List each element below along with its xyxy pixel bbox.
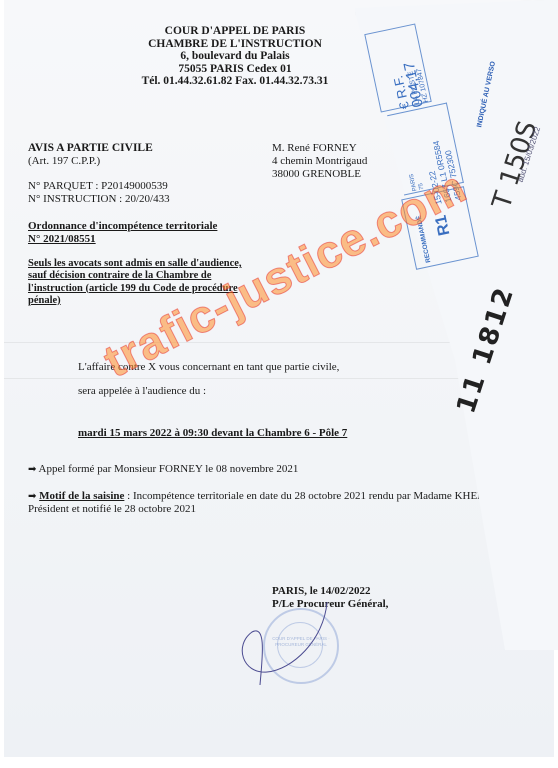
hearing-date: mardi 15 mars 2022 à 09:30 devant la Cha… <box>78 427 347 440</box>
paper-fold <box>4 342 474 343</box>
instruction-number: N° INSTRUCTION : 20/20/433 <box>28 193 170 206</box>
recipient-city: 38000 GRENOBLE <box>272 168 367 181</box>
appeal-text: Appel formé par Monsieur FORNEY le 08 no… <box>39 463 299 475</box>
ordonnance-number: N° 2021/08551 <box>28 233 96 246</box>
notice-title: AVIS A PARTIE CIVILE <box>28 142 153 155</box>
court-city: 75055 PARIS Cedex 01 <box>110 63 360 76</box>
lawyers-notice: Seuls les avocats sont admis en salle d'… <box>28 258 248 307</box>
court-name: COUR D'APPEL DE PARIS <box>110 25 360 38</box>
arrow-right-icon: ➡ <box>28 464 36 475</box>
registered-code: R1 <box>429 199 457 252</box>
motif-line: ➡ Motif de la saisine : Incompétence ter… <box>28 490 553 516</box>
arrow-right-icon: ➡ <box>28 491 36 502</box>
recipient-street: 4 chemin Montrigaud <box>272 155 367 168</box>
ordonnance-title: Ordonnance d'incompétence territoriale <box>28 220 217 233</box>
appeal-line: ➡ Appel formé par Monsieur FORNEY le 08 … <box>28 463 298 476</box>
recipient-address: M. René FORNEY 4 chemin Montrigaud 38000… <box>272 142 367 181</box>
paper-fold <box>4 378 474 379</box>
parquet-number: N° PARQUET : P20149000539 <box>28 180 168 193</box>
motif-label: Motif de la saisine <box>39 490 124 502</box>
appelee-text: sera appelée à l'audience du : <box>78 385 206 398</box>
court-header: COUR D'APPEL DE PARIS CHAMBRE DE L'INSTR… <box>110 25 360 88</box>
place-date: PARIS, le 14/02/2022 <box>272 585 388 598</box>
recipient-name: M. René FORNEY <box>272 142 367 155</box>
court-address: 6, boulevard du Palais <box>110 50 360 63</box>
chamber-name: CHAMBRE DE L'INSTRUCTION <box>110 38 360 51</box>
court-contact: Tél. 01.44.32.61.82 Fax. 01.44.32.73.31 <box>110 75 360 88</box>
handwritten-signature <box>232 600 342 690</box>
notice-article: (Art. 197 C.P.P.) <box>28 155 100 168</box>
affaire-text: L'affaire contre X vous concernant en ta… <box>78 361 339 374</box>
